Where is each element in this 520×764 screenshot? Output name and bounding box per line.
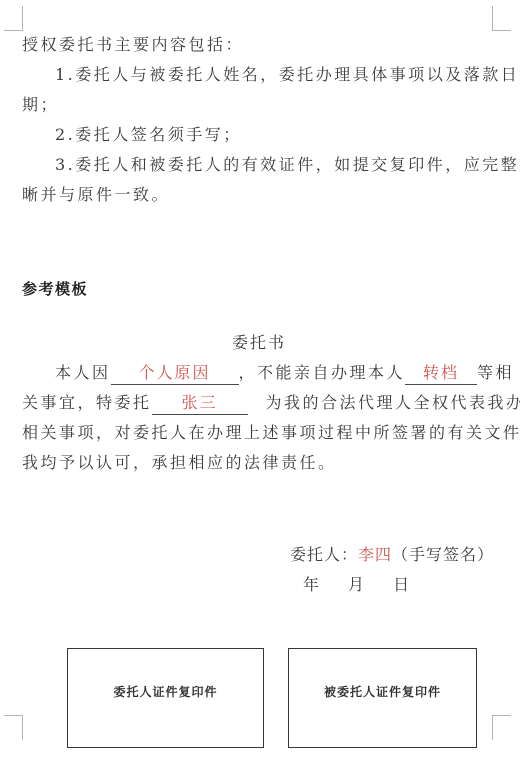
blank-agent-field: 张三 (152, 392, 248, 415)
agent-id-copy-label: 被委托人证件复印件 (324, 683, 441, 714)
crop-mark-top-right-icon (492, 6, 511, 31)
crop-mark-bottom-left-icon (4, 715, 23, 740)
letter-line-1-mid: ，不能亲自办理本人 (239, 363, 406, 382)
document-page: 授权委托书主要内容包括： 1.委托人与被委托人姓名，委托办理具体事项以及落款日 … (0, 0, 520, 764)
template-section-heading: 参考模板 (22, 278, 88, 299)
letter-line-3: 相关事项，对委托人在办理上述事项过程中所签署的有关文件， (22, 418, 496, 448)
blank-matter-value: 转档 (423, 363, 459, 382)
agent-id-copy-box: 被委托人证件复印件 (288, 648, 477, 748)
signature-block: 委托人：李四（手写签名） 年 月 日 (290, 540, 494, 600)
signature-name: 李四 (358, 545, 392, 564)
intro-heading: 授权委托书主要内容包括： (22, 30, 510, 60)
letter-line-1-post: 等相 (477, 363, 514, 382)
intro-item-2: 2.委托人签名须手写； (22, 120, 510, 150)
intro-section: 授权委托书主要内容包括： 1.委托人与被委托人姓名，委托办理具体事项以及落款日 … (22, 30, 510, 210)
date-line: 年 月 日 (290, 570, 494, 600)
letter-line-2-post: 为我的合法代理人全权代表我办理 (266, 393, 520, 412)
intro-item-1-line-2: 期； (22, 90, 510, 120)
intro-item-1-line-1: 1.委托人与被委托人姓名，委托办理具体事项以及落款日 (22, 60, 510, 90)
letter-line-2: 关事宜，特委托张三为我的合法代理人全权代表我办理 (22, 388, 496, 418)
letter-line-4: 我均予以认可，承担相应的法律责任。 (22, 448, 496, 478)
signature-suffix: （手写签名） (392, 545, 494, 564)
letter-line-1-pre: 本人因 (55, 363, 111, 382)
intro-item-3-line-2: 晰并与原件一致。 (22, 180, 510, 210)
blank-agent-value: 张三 (182, 393, 218, 412)
letter-title: 委托书 (22, 328, 496, 358)
intro-item-3-line-1: 3.委托人和被委托人的有效证件，如提交复印件，应完整清 (22, 150, 510, 180)
principal-id-copy-box: 委托人证件复印件 (67, 648, 264, 748)
blank-reason-value: 个人原因 (139, 363, 211, 382)
blank-matter-field: 转档 (405, 362, 477, 385)
principal-id-copy-label: 委托人证件复印件 (113, 683, 217, 714)
signature-label: 委托人： (290, 545, 358, 564)
letter-line-1: 本人因个人原因，不能亲自办理本人转档等相 (22, 358, 496, 388)
letter-body: 委托书 本人因个人原因，不能亲自办理本人转档等相 关事宜，特委托张三为我的合法代… (22, 328, 496, 478)
crop-mark-top-left-icon (4, 6, 23, 31)
signature-line: 委托人：李四（手写签名） (290, 540, 494, 570)
letter-line-2-pre: 关事宜，特委托 (22, 393, 152, 412)
crop-mark-bottom-right-icon (492, 715, 511, 740)
blank-reason-field: 个人原因 (111, 362, 239, 385)
